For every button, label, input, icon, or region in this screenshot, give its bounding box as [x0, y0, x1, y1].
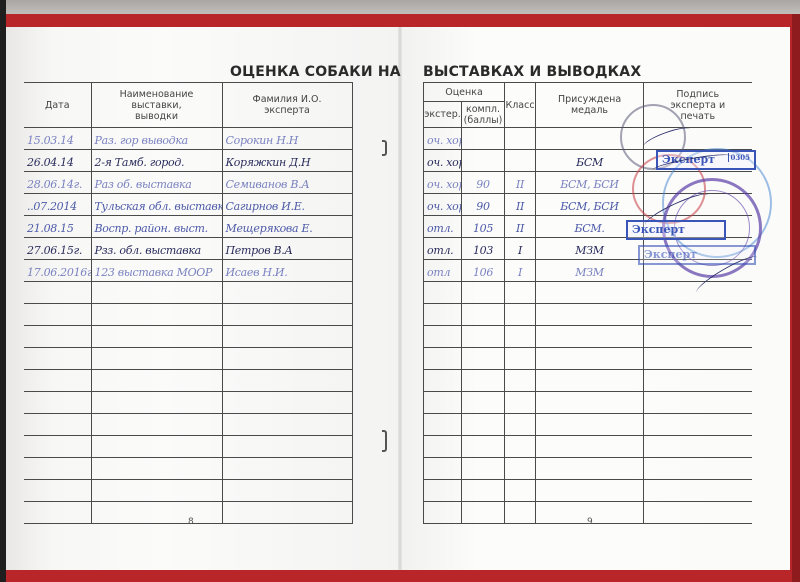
- cell-event: [91, 414, 222, 436]
- cell-event: Тульская обл. выставка: [91, 194, 222, 216]
- cell-points: [462, 414, 505, 436]
- cell-signature: [644, 238, 752, 260]
- table-row: [24, 480, 352, 502]
- cell-class: [505, 458, 536, 480]
- cell-exterior: оч. хор: [424, 150, 462, 172]
- cell-points: [462, 128, 505, 150]
- cell-exterior: [424, 304, 462, 326]
- cell-class: II: [505, 216, 536, 238]
- table-row: [424, 348, 752, 370]
- cell-signature: [644, 326, 752, 348]
- table-row: ..07.2014Тульская обл. выставкаСагирнов …: [24, 194, 352, 216]
- cell-signature: [644, 194, 752, 216]
- table-row: [24, 392, 352, 414]
- cell-points: 106: [462, 260, 505, 282]
- cell-event: [91, 480, 222, 502]
- page-title-right: ВЫСТАВКАХ И ВЫВОДКАХ: [423, 64, 641, 80]
- cell-date: [24, 392, 91, 414]
- cell-medal: [536, 326, 644, 348]
- table-row: оч. хор: [424, 128, 752, 150]
- table-row: [24, 414, 352, 436]
- cell-event: [91, 282, 222, 304]
- table-row: отл.103IМЗМ: [424, 238, 752, 260]
- table-row: 27.06.15г.Рзз. обл. выставкаПетров В.А: [24, 238, 352, 260]
- cell-class: [505, 436, 536, 458]
- column-header-event: Наименование выставки, выводки: [91, 83, 222, 128]
- table-row: 15.03.14Раз. гор выводкаСорокин Н.Н: [24, 128, 352, 150]
- cell-date: [24, 348, 91, 370]
- cell-medal: БСМ.: [536, 216, 644, 238]
- cell-date: [24, 480, 91, 502]
- cell-class: I: [505, 260, 536, 282]
- table-row: 17.06.2016г.123 выставка МООРИсаев Н.И.: [24, 260, 352, 282]
- column-header-exterior: экстер.: [424, 102, 462, 128]
- cell-medal: [536, 414, 644, 436]
- cell-points: [462, 282, 505, 304]
- column-header-expert: Фамилия И.О. эксперта: [222, 83, 352, 128]
- cell-signature: [644, 172, 752, 194]
- cell-class: [505, 326, 536, 348]
- cell-class: II: [505, 194, 536, 216]
- cell-medal: [536, 128, 644, 150]
- staple-icon: [382, 140, 387, 156]
- cell-medal: МЗМ: [536, 238, 644, 260]
- cell-event: [91, 326, 222, 348]
- cell-expert: [222, 392, 352, 414]
- cell-points: 105: [462, 216, 505, 238]
- table-row: [424, 282, 752, 304]
- cell-points: 103: [462, 238, 505, 260]
- page-title-left: ОЦЕНКА СОБАКИ НА: [230, 64, 401, 80]
- cell-exterior: [424, 348, 462, 370]
- cell-expert: Коряжкин Д.Н: [222, 150, 352, 172]
- cell-expert: Семиванов В.А: [222, 172, 352, 194]
- column-header-signature: Подпись эксперта и печать: [644, 83, 752, 128]
- cell-points: [462, 370, 505, 392]
- cell-exterior: [424, 414, 462, 436]
- cell-date: 21.08.15: [24, 216, 91, 238]
- table-row: [424, 480, 752, 502]
- cell-exterior: оч. хор: [424, 172, 462, 194]
- cell-medal: [536, 458, 644, 480]
- column-header-class: Класс: [505, 83, 536, 128]
- cell-event: [91, 392, 222, 414]
- cell-medal: [536, 282, 644, 304]
- cover-edge: [792, 14, 800, 582]
- cell-medal: [536, 348, 644, 370]
- cell-signature: [644, 436, 752, 458]
- cell-exterior: [424, 436, 462, 458]
- cell-points: 90: [462, 194, 505, 216]
- show-results-table-left: Дата Наименование выставки, выводки Фами…: [24, 82, 353, 524]
- cell-expert: Мещерякова Е.: [222, 216, 352, 238]
- cell-event: [91, 304, 222, 326]
- cell-event: [91, 458, 222, 480]
- cell-medal: БСМ: [536, 150, 644, 172]
- table-row: [424, 392, 752, 414]
- cell-date: 27.06.15г.: [24, 238, 91, 260]
- cell-medal: [536, 436, 644, 458]
- cell-points: [462, 150, 505, 172]
- cell-exterior: [424, 502, 462, 524]
- table-row: [24, 458, 352, 480]
- cell-signature: [644, 150, 752, 172]
- table-row: [424, 458, 752, 480]
- cell-points: [462, 392, 505, 414]
- cell-date: [24, 326, 91, 348]
- table-row: [24, 348, 352, 370]
- table-row: [424, 436, 752, 458]
- table-row: 28.06.14г.Раз об. выставкаСемиванов В.А: [24, 172, 352, 194]
- cell-expert: [222, 304, 352, 326]
- cell-class: [505, 282, 536, 304]
- cell-medal: МЗМ: [536, 260, 644, 282]
- cell-points: [462, 304, 505, 326]
- cell-signature: [644, 128, 752, 150]
- cell-event: Рзз. обл. выставка: [91, 238, 222, 260]
- cell-expert: [222, 282, 352, 304]
- cell-date: 15.03.14: [24, 128, 91, 150]
- column-header-medal: Присуждена медаль: [536, 83, 644, 128]
- cell-expert: [222, 414, 352, 436]
- cell-class: [505, 392, 536, 414]
- cell-date: [24, 370, 91, 392]
- cell-event: [91, 502, 222, 524]
- table-row: 26.04.142-я Тамб. город.Коряжкин Д.Н: [24, 150, 352, 172]
- table-row: [424, 370, 752, 392]
- cell-signature: [644, 260, 752, 282]
- cell-event: Раз об. выставка: [91, 172, 222, 194]
- cell-date: [24, 414, 91, 436]
- cell-signature: [644, 282, 752, 304]
- cell-event: [91, 370, 222, 392]
- cell-medal: [536, 304, 644, 326]
- cell-date: [24, 436, 91, 458]
- cell-date: ..07.2014: [24, 194, 91, 216]
- cell-points: [462, 326, 505, 348]
- table-row: 21.08.15Воспр. район. выст.Мещерякова Е.: [24, 216, 352, 238]
- cell-class: [505, 150, 536, 172]
- cell-expert: [222, 348, 352, 370]
- cell-exterior: [424, 392, 462, 414]
- cell-exterior: [424, 326, 462, 348]
- cell-expert: Сорокин Н.Н: [222, 128, 352, 150]
- cell-expert: [222, 458, 352, 480]
- cell-medal: [536, 392, 644, 414]
- table-row: отл106IМЗМ: [424, 260, 752, 282]
- cell-date: 17.06.2016г.: [24, 260, 91, 282]
- cell-expert: Исаев Н.И.: [222, 260, 352, 282]
- cell-signature: [644, 414, 752, 436]
- table-row: [424, 414, 752, 436]
- cell-signature: [644, 502, 752, 524]
- cell-medal: [536, 370, 644, 392]
- cell-class: [505, 304, 536, 326]
- cell-event: [91, 348, 222, 370]
- cell-signature: [644, 392, 752, 414]
- cell-exterior: отл.: [424, 238, 462, 260]
- column-header-grade: Оценка: [424, 83, 505, 102]
- table-row: [424, 326, 752, 348]
- cell-signature: [644, 216, 752, 238]
- cell-date: 26.04.14: [24, 150, 91, 172]
- scan-edge: [0, 0, 6, 582]
- cell-date: [24, 502, 91, 524]
- table-row: [24, 436, 352, 458]
- cell-event: [91, 436, 222, 458]
- cell-points: [462, 502, 505, 524]
- cell-points: [462, 348, 505, 370]
- table-row: оч. хорБСМ: [424, 150, 752, 172]
- cell-class: [505, 128, 536, 150]
- table-row: [24, 326, 352, 348]
- cell-class: I: [505, 238, 536, 260]
- cell-signature: [644, 480, 752, 502]
- cell-expert: [222, 502, 352, 524]
- cell-signature: [644, 458, 752, 480]
- table-row: оч. хор90IIБСМ, БСИ: [424, 194, 752, 216]
- cell-expert: Сагирнов И.Е.: [222, 194, 352, 216]
- cell-class: [505, 414, 536, 436]
- cell-exterior: отл.: [424, 216, 462, 238]
- cell-exterior: [424, 480, 462, 502]
- table-row: отл.105IIБСМ.: [424, 216, 752, 238]
- cell-exterior: [424, 282, 462, 304]
- cell-exterior: оч. хор: [424, 194, 462, 216]
- cell-expert: [222, 480, 352, 502]
- cell-points: [462, 458, 505, 480]
- cell-date: [24, 282, 91, 304]
- cell-expert: Петров В.А: [222, 238, 352, 260]
- cell-medal: БСМ, БСИ: [536, 172, 644, 194]
- cell-date: [24, 458, 91, 480]
- cell-exterior: [424, 370, 462, 392]
- cell-date: [24, 304, 91, 326]
- page-number-left: 8: [188, 517, 194, 527]
- cell-points: [462, 436, 505, 458]
- cell-class: [505, 370, 536, 392]
- cell-medal: [536, 480, 644, 502]
- cell-class: II: [505, 172, 536, 194]
- cell-points: 90: [462, 172, 505, 194]
- column-header-date: Дата: [24, 83, 91, 128]
- table-row: [24, 370, 352, 392]
- cell-event: 2-я Тамб. город.: [91, 150, 222, 172]
- cell-signature: [644, 304, 752, 326]
- staple-icon: [382, 430, 387, 452]
- cell-class: [505, 502, 536, 524]
- table-row: [424, 304, 752, 326]
- binding-gutter: [398, 27, 402, 570]
- show-results-table-right: Оценка Класс Присуждена медаль Подпись э…: [423, 82, 752, 524]
- cell-event: Раз. гор выводка: [91, 128, 222, 150]
- cell-medal: БСМ, БСИ: [536, 194, 644, 216]
- cell-date: 28.06.14г.: [24, 172, 91, 194]
- cell-expert: [222, 326, 352, 348]
- cell-event: Воспр. район. выст.: [91, 216, 222, 238]
- table-row: [24, 304, 352, 326]
- cell-exterior: оч. хор: [424, 128, 462, 150]
- cell-event: 123 выставка МООР: [91, 260, 222, 282]
- cell-points: [462, 480, 505, 502]
- cell-class: [505, 348, 536, 370]
- cell-expert: [222, 436, 352, 458]
- cell-signature: [644, 370, 752, 392]
- cell-class: [505, 480, 536, 502]
- table-row: оч. хор90IIБСМ, БСИ: [424, 172, 752, 194]
- table-row: [24, 282, 352, 304]
- cell-expert: [222, 370, 352, 392]
- cell-exterior: [424, 458, 462, 480]
- page-number-right: 9: [587, 517, 593, 527]
- cell-signature: [644, 348, 752, 370]
- column-header-points: компл. (баллы): [462, 102, 505, 128]
- cell-exterior: отл: [424, 260, 462, 282]
